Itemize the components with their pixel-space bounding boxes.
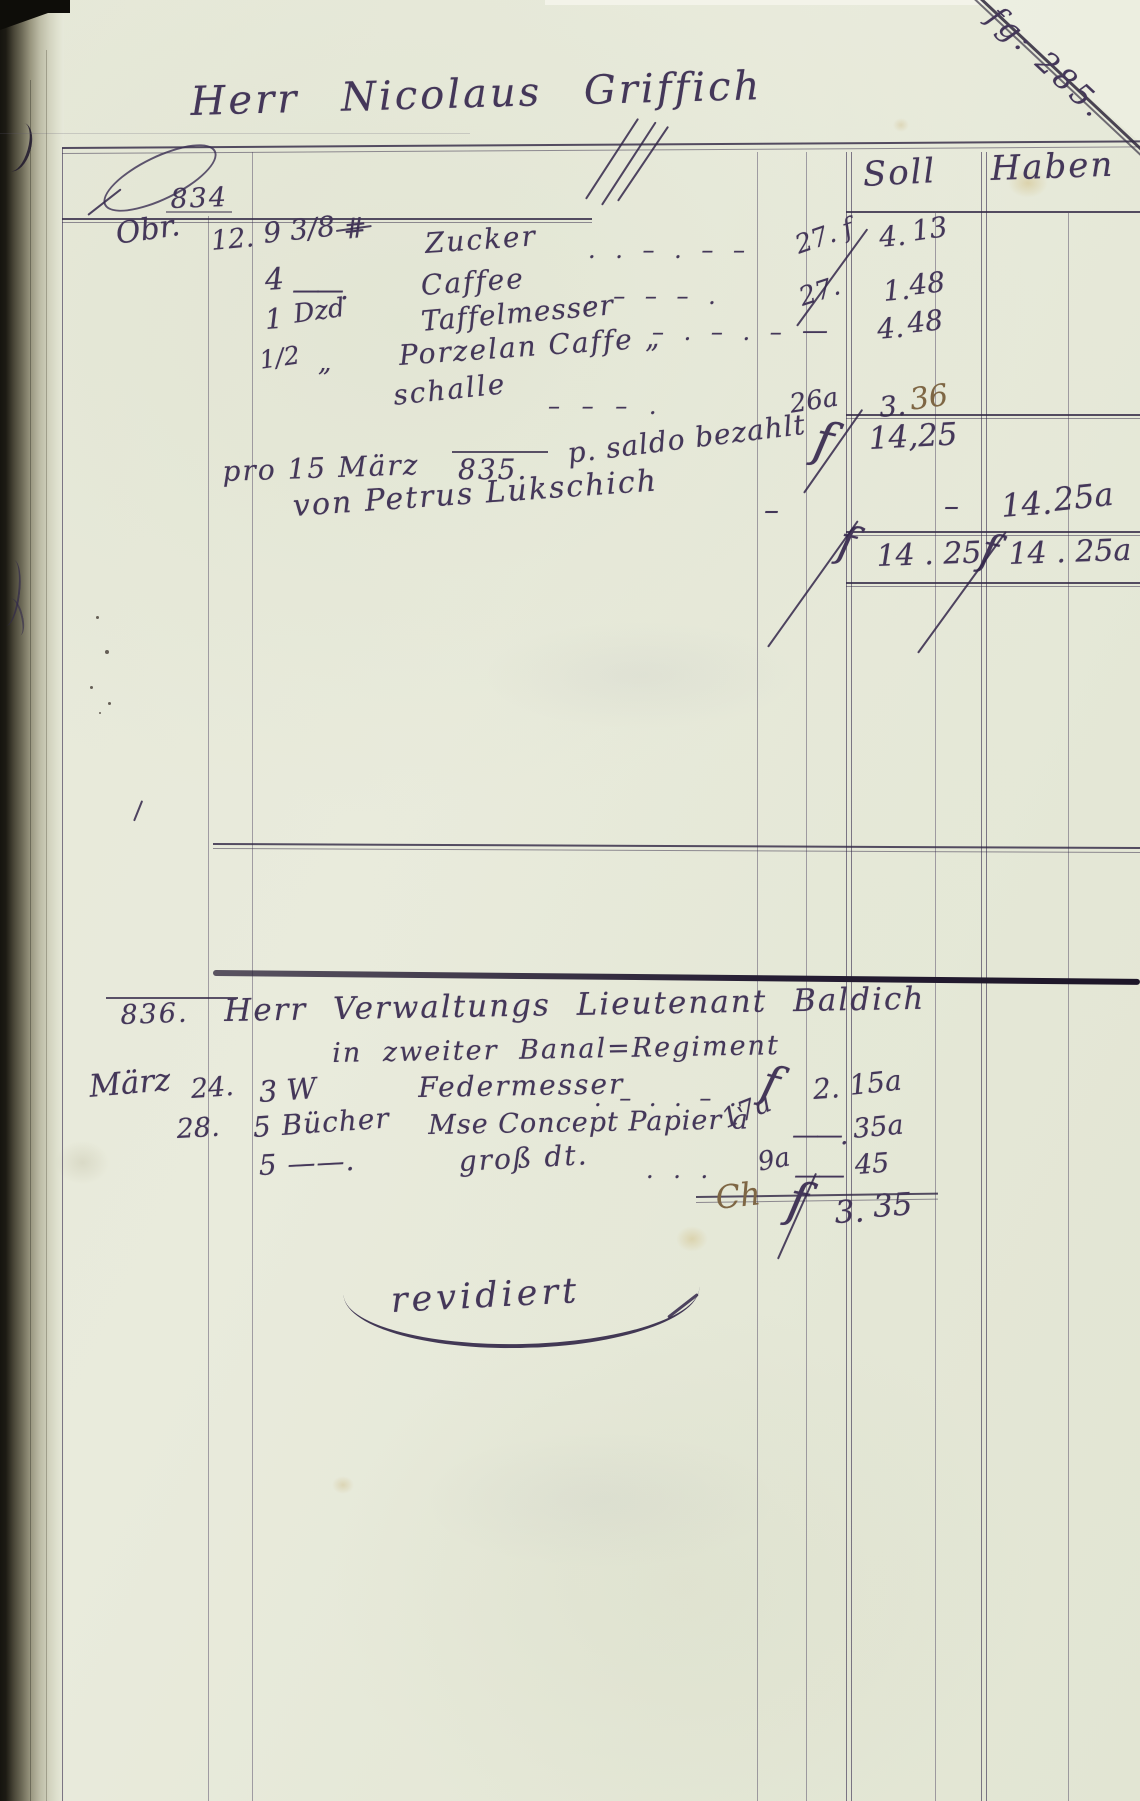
column-line-day xyxy=(208,216,209,1801)
entry-qty: 9 3/8 xyxy=(262,212,336,247)
unit-price: — xyxy=(802,318,828,344)
entry-qty: 4 xyxy=(264,265,285,296)
entry-qty: 3 W xyxy=(258,1074,317,1107)
column-line-qty xyxy=(252,152,253,1801)
soll-gulden: 2. xyxy=(812,1074,841,1104)
leader-dots: – . – . – xyxy=(652,320,788,344)
soll-kreuzer: 35a xyxy=(852,1112,905,1143)
section1-bottom-rule-2 xyxy=(213,848,1140,853)
bleedthrough xyxy=(420,1430,780,1570)
soll-kreuzer: 13 xyxy=(910,213,949,246)
entry-day: 12. xyxy=(210,224,255,255)
entry-item: schalle xyxy=(392,370,508,410)
balance-haben: 14 . 25a xyxy=(1008,536,1132,570)
ink-mark xyxy=(133,800,143,821)
entry-qty: 1/2 xyxy=(258,342,301,372)
page-edge-crease xyxy=(46,50,47,1801)
year-label-836: 836. xyxy=(120,1000,189,1029)
entry-item: Caffee xyxy=(420,265,526,300)
total-kreuzer: 35 xyxy=(872,1189,914,1223)
nil-dash: – xyxy=(944,492,959,522)
balance-rule-bottom xyxy=(846,582,1140,584)
total-gulden: 3. xyxy=(834,1196,865,1229)
soll-kreuzer: 45 xyxy=(854,1150,890,1179)
balance-rule-bottom-2 xyxy=(846,586,1140,587)
leader-dots: . . – . – – xyxy=(588,238,751,262)
fox-stain xyxy=(893,118,909,132)
ink-speck xyxy=(96,616,99,619)
leader-dots: – – – . xyxy=(548,394,664,418)
faint-underline xyxy=(0,133,470,134)
ledger-page-scan: fg: 285. Herr Nicolaus Griffich 834 Soll… xyxy=(0,0,1140,1801)
ink-speck xyxy=(99,712,101,714)
total-soll: 14,25 xyxy=(868,419,958,455)
fox-stain xyxy=(676,1226,708,1252)
ink-speck xyxy=(108,702,111,705)
entry-qty: 5 Bücher xyxy=(252,1104,391,1141)
entry-day: 28. xyxy=(176,1114,220,1143)
corner-shadow xyxy=(0,13,48,30)
soll-gulden: 1. xyxy=(882,276,911,306)
unit-price: 9a xyxy=(756,1144,792,1175)
page-edge-crease xyxy=(30,80,31,1801)
column-header-soll: Soll xyxy=(862,154,937,192)
ink-speck xyxy=(90,686,93,689)
binding-edge xyxy=(0,0,64,1801)
bleedthrough xyxy=(480,620,800,730)
header-rule-right xyxy=(846,211,1140,213)
entry-month: Obr. xyxy=(114,211,182,250)
soll-kreuzer: 48 xyxy=(908,268,946,300)
sum-rule xyxy=(846,414,1140,416)
soll-kreuzer: 36 xyxy=(908,381,950,416)
thick-divider-rule xyxy=(213,970,1140,985)
soll-gulden: ——. xyxy=(792,1122,846,1149)
nil-dash: – xyxy=(764,496,779,526)
entry-qty: 1 xyxy=(264,305,284,334)
haben-gulden: 14. xyxy=(1000,486,1053,521)
florin-mark: f xyxy=(834,520,860,567)
entry-month: März xyxy=(88,1065,172,1103)
entry-day: 24. xyxy=(190,1073,235,1103)
florin-mark: f xyxy=(810,414,839,467)
soll-gulden: 4. xyxy=(876,314,905,344)
entry-item: Mse Concept Papier à xyxy=(428,1106,749,1139)
haben-kreuzer: 25a xyxy=(1052,478,1115,516)
soll-kreuzer: 48 xyxy=(906,306,944,338)
top-edge-highlight xyxy=(545,0,990,5)
qty-ditto: „ xyxy=(318,350,331,376)
soll-gulden: 4. xyxy=(878,222,907,252)
entry-item: Zucker xyxy=(424,222,538,258)
balance-soll: 14 . 25 xyxy=(876,538,982,572)
fox-stain xyxy=(332,1476,354,1494)
ink-speck xyxy=(105,650,109,654)
soll-kreuzer: 15a xyxy=(848,1067,903,1100)
settlement-text: pro 15 März xyxy=(222,451,420,486)
cancelled-mark: Ch xyxy=(714,1177,762,1214)
entry-item: groß dt. xyxy=(458,1141,589,1176)
column-header-haben: Haben xyxy=(990,148,1115,186)
qty-unit: Dzd xyxy=(292,295,346,328)
leader-dots: . . . xyxy=(646,1158,714,1182)
audit-flourish xyxy=(343,1284,700,1351)
corner-shadow xyxy=(0,0,70,13)
column-line-haben-split xyxy=(1068,213,1069,1801)
account-subtitle: in zweiter Banal=Regiment xyxy=(332,1032,780,1067)
column-line-frame xyxy=(62,148,63,1801)
account-title: Herr Verwaltungs Lieutenant Baldich xyxy=(224,984,926,1027)
page-title: Herr Nicolaus Griffich xyxy=(190,66,763,122)
entry-qty: 5 ——. xyxy=(258,1147,356,1180)
